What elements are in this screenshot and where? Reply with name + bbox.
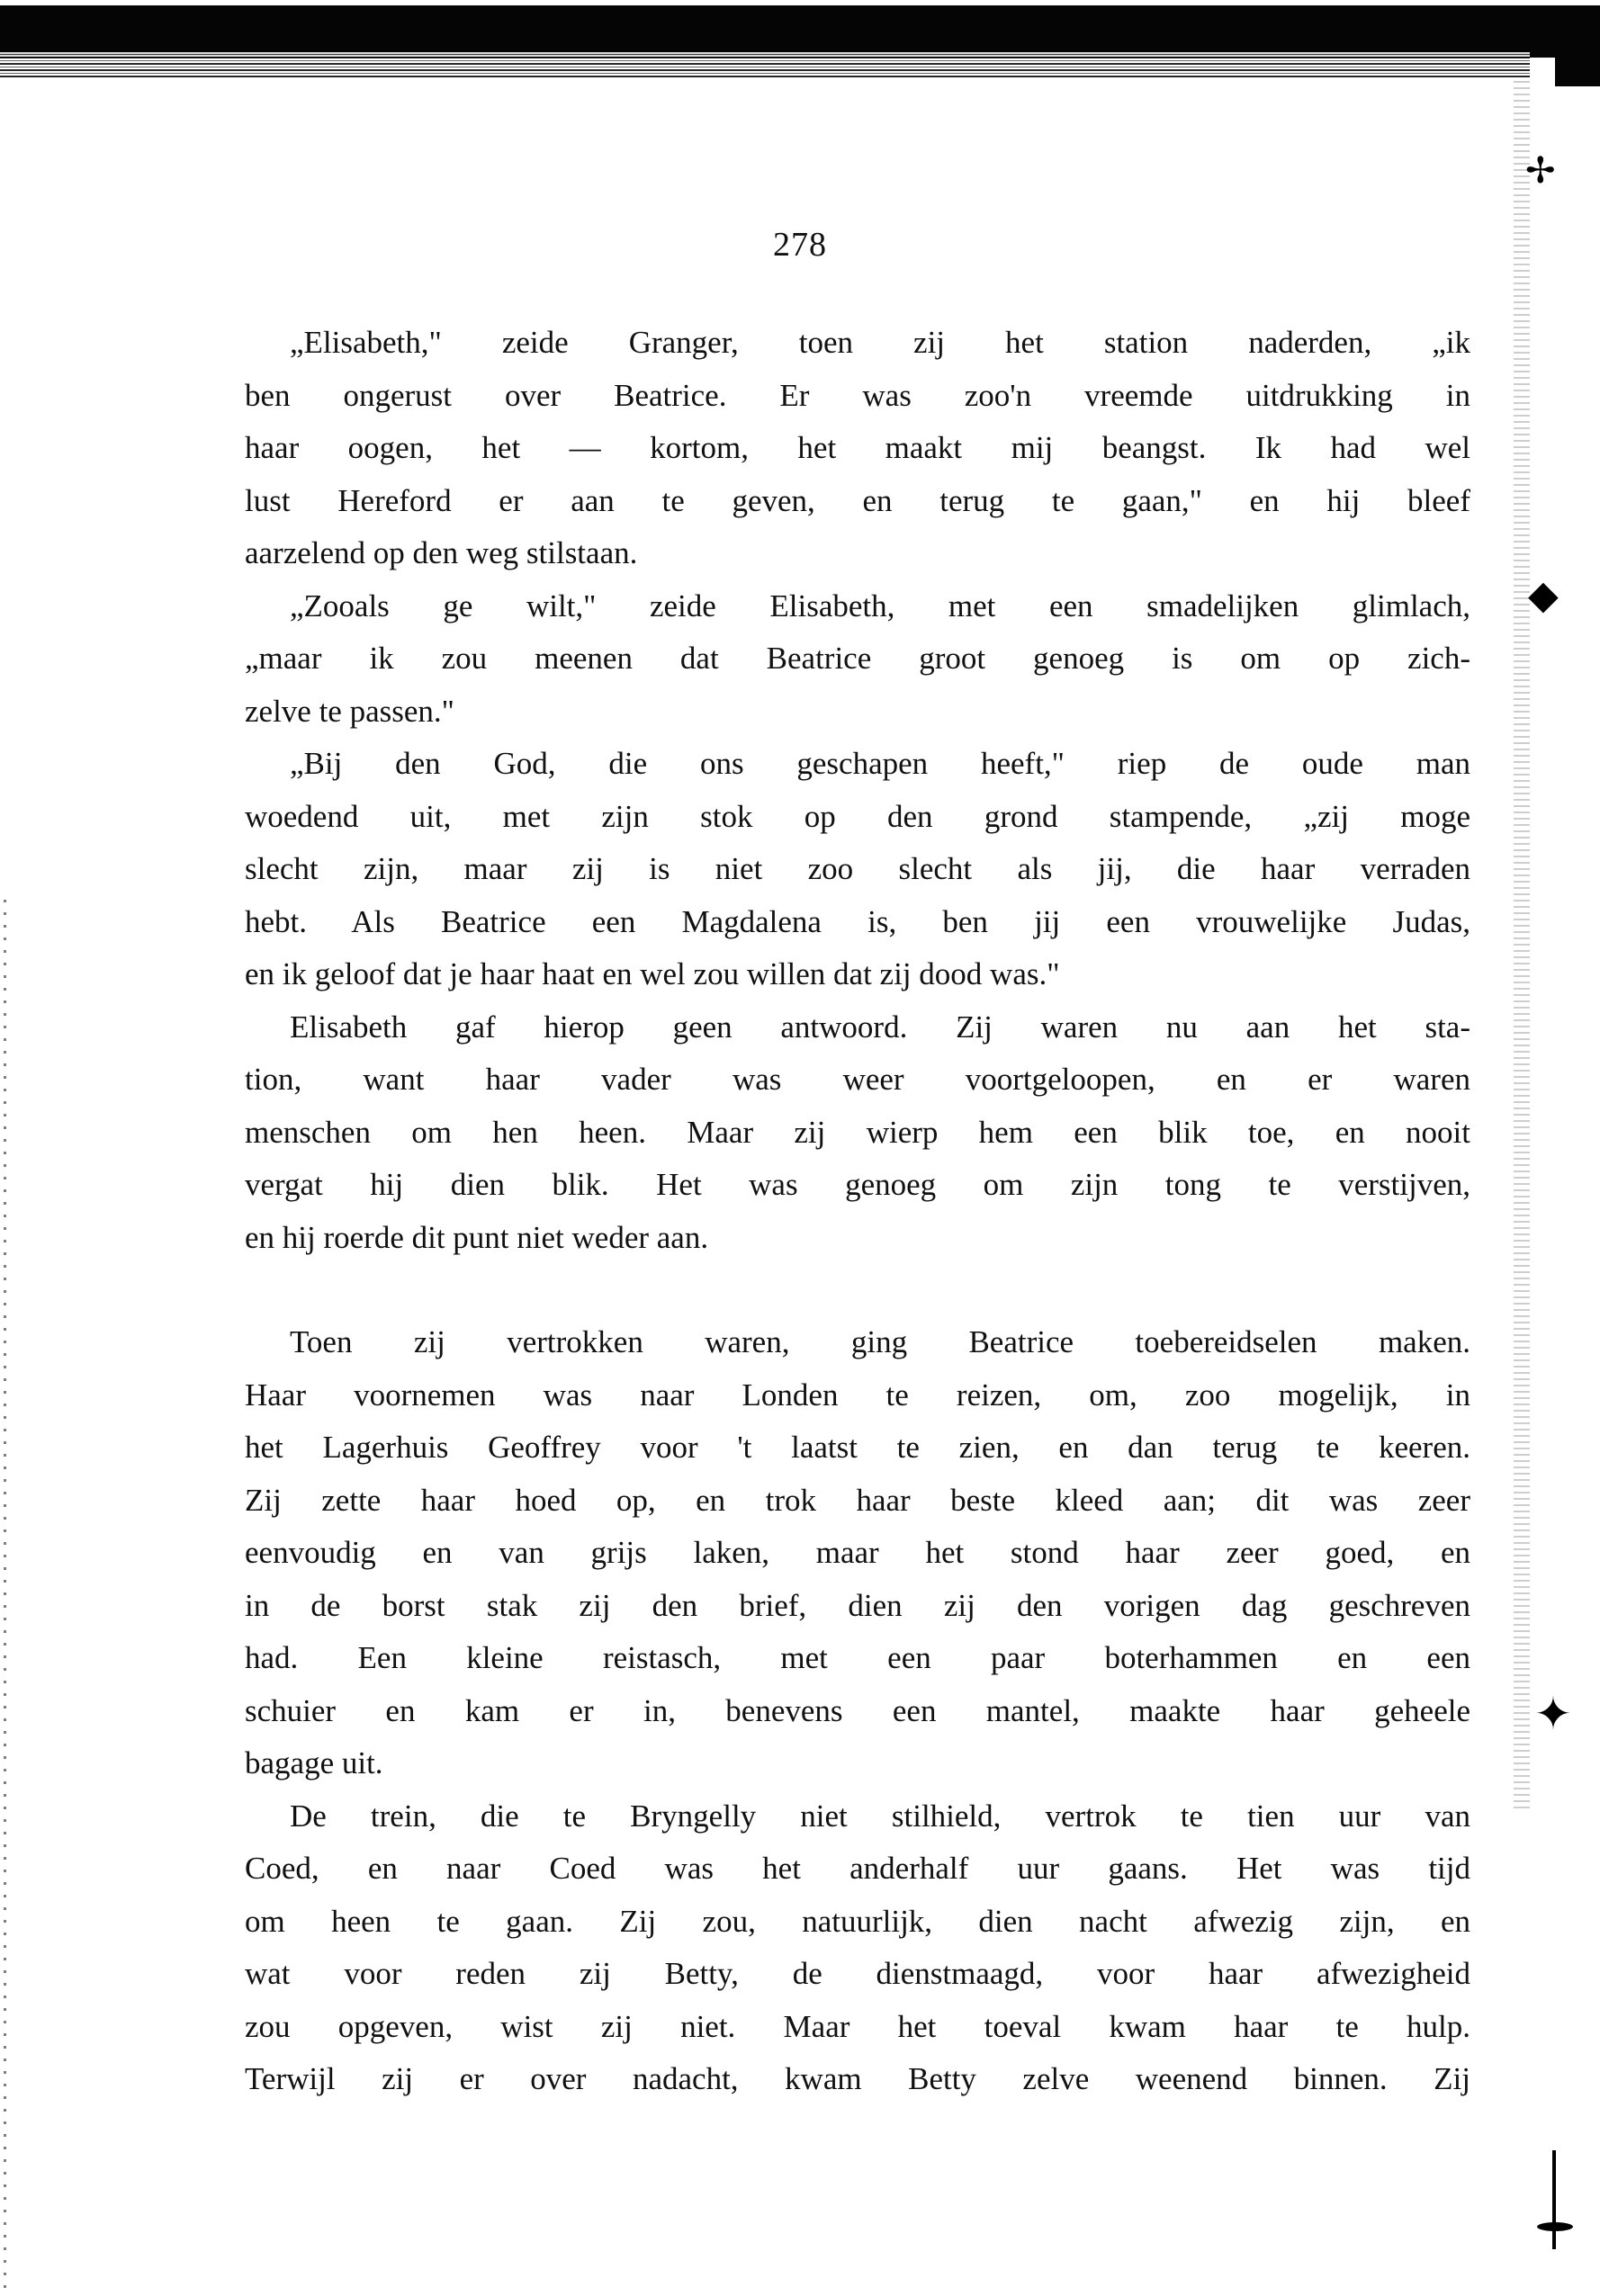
text-line: „maar ik zou meenen dat Beatrice groot g… bbox=[245, 632, 1470, 686]
text-line: menschen om hen heen. Maar zij wierp hem… bbox=[245, 1107, 1470, 1160]
scan-corner-shadow bbox=[1555, 5, 1600, 86]
ink-blot-icon: ✢ bbox=[1525, 153, 1556, 189]
text-line: vergat hij dien blik. Het was genoeg om … bbox=[245, 1159, 1470, 1212]
text-line: Toen zij vertrokken waren, ging Beatrice… bbox=[245, 1316, 1470, 1369]
text-line: tion, want haar vader was weer voortgelo… bbox=[245, 1054, 1470, 1107]
scan-right-edge-speckle bbox=[1514, 81, 1530, 1808]
text-line: Coed, en naar Coed was het anderhalf uur… bbox=[245, 1843, 1470, 1896]
text-line: in de borst stak zij den brief, dien zij… bbox=[245, 1580, 1470, 1633]
section-break bbox=[245, 1264, 1470, 1316]
text-line: wat voor reden zij Betty, de dienstmaagd… bbox=[245, 1948, 1470, 2001]
text-line: haar oogen, het — kortom, het maakt mij … bbox=[245, 422, 1470, 475]
text-line: Haar voornemen was naar Londen te reizen… bbox=[245, 1369, 1470, 1422]
ink-blot-icon bbox=[1537, 2222, 1573, 2231]
text-line: „Bij den God, die ons geschapen heeft," … bbox=[245, 738, 1470, 791]
ink-blot-icon: ◆ bbox=[1528, 576, 1559, 615]
text-line: en ik geloof dat je haar haat en wel zou… bbox=[245, 948, 1470, 1001]
text-line: bagage uit. bbox=[245, 1737, 1470, 1790]
scan-top-edge-fray bbox=[0, 50, 1530, 79]
text-line: Terwijl zij er over nadacht, kwam Betty … bbox=[245, 2053, 1470, 2106]
text-line: slecht zijn, maar zij is niet zoo slecht… bbox=[245, 843, 1470, 896]
text-line: De trein, die te Bryngelly niet stilhiel… bbox=[245, 1790, 1470, 1843]
text-line: „Zooals ge wilt," zeide Elisabeth, met e… bbox=[245, 580, 1470, 633]
ink-blot-icon: ✦ bbox=[1534, 1691, 1572, 1736]
paragraph: Toen zij vertrokken waren, ging Beatrice… bbox=[245, 1316, 1470, 1790]
text-line: Elisabeth gaf hierop geen antwoord. Zij … bbox=[245, 1001, 1470, 1054]
text-line: „Elisabeth," zeide Granger, toen zij het… bbox=[245, 317, 1470, 370]
paragraph: Elisabeth gaf hierop geen antwoord. Zij … bbox=[245, 1001, 1470, 1265]
scan-left-edge-speckle bbox=[4, 900, 6, 2294]
text-line: lust Hereford er aan te geven, en terug … bbox=[245, 475, 1470, 528]
page-body: „Elisabeth," zeide Granger, toen zij het… bbox=[245, 317, 1470, 2106]
text-line: eenvoudig en van grijs laken, maar het s… bbox=[245, 1527, 1470, 1580]
ink-blot-icon bbox=[1552, 2150, 1556, 2249]
paragraph: De trein, die te Bryngelly niet stilhiel… bbox=[245, 1790, 1470, 2106]
text-line: aarzelend op den weg stilstaan. bbox=[245, 527, 1470, 580]
paragraph: „Zooals ge wilt," zeide Elisabeth, met e… bbox=[245, 580, 1470, 739]
text-line: en hij roerde dit punt niet weder aan. bbox=[245, 1212, 1470, 1265]
text-line: ben ongerust over Beatrice. Er was zoo'n… bbox=[245, 370, 1470, 423]
text-line: woedend uit, met zijn stok op den grond … bbox=[245, 791, 1470, 844]
text-line: hebt. Als Beatrice een Magdalena is, ben… bbox=[245, 896, 1470, 949]
text-line: schuier en kam er in, benevens een mante… bbox=[245, 1685, 1470, 1738]
paragraph: „Elisabeth," zeide Granger, toen zij het… bbox=[245, 317, 1470, 580]
text-line: het Lagerhuis Geoffrey voor 't laatst te… bbox=[245, 1422, 1470, 1475]
text-line: zelve te passen." bbox=[245, 686, 1470, 739]
text-line: om heen te gaan. Zij zou, natuurlijk, di… bbox=[245, 1896, 1470, 1949]
page-number: 278 bbox=[0, 225, 1600, 265]
text-line: had. Een kleine reistasch, met een paar … bbox=[245, 1632, 1470, 1685]
text-line: zou opgeven, wist zij niet. Maar het toe… bbox=[245, 2001, 1470, 2054]
paragraph: „Bij den God, die ons geschapen heeft," … bbox=[245, 738, 1470, 1001]
text-line: Zij zette haar hoed op, en trok haar bes… bbox=[245, 1475, 1470, 1528]
